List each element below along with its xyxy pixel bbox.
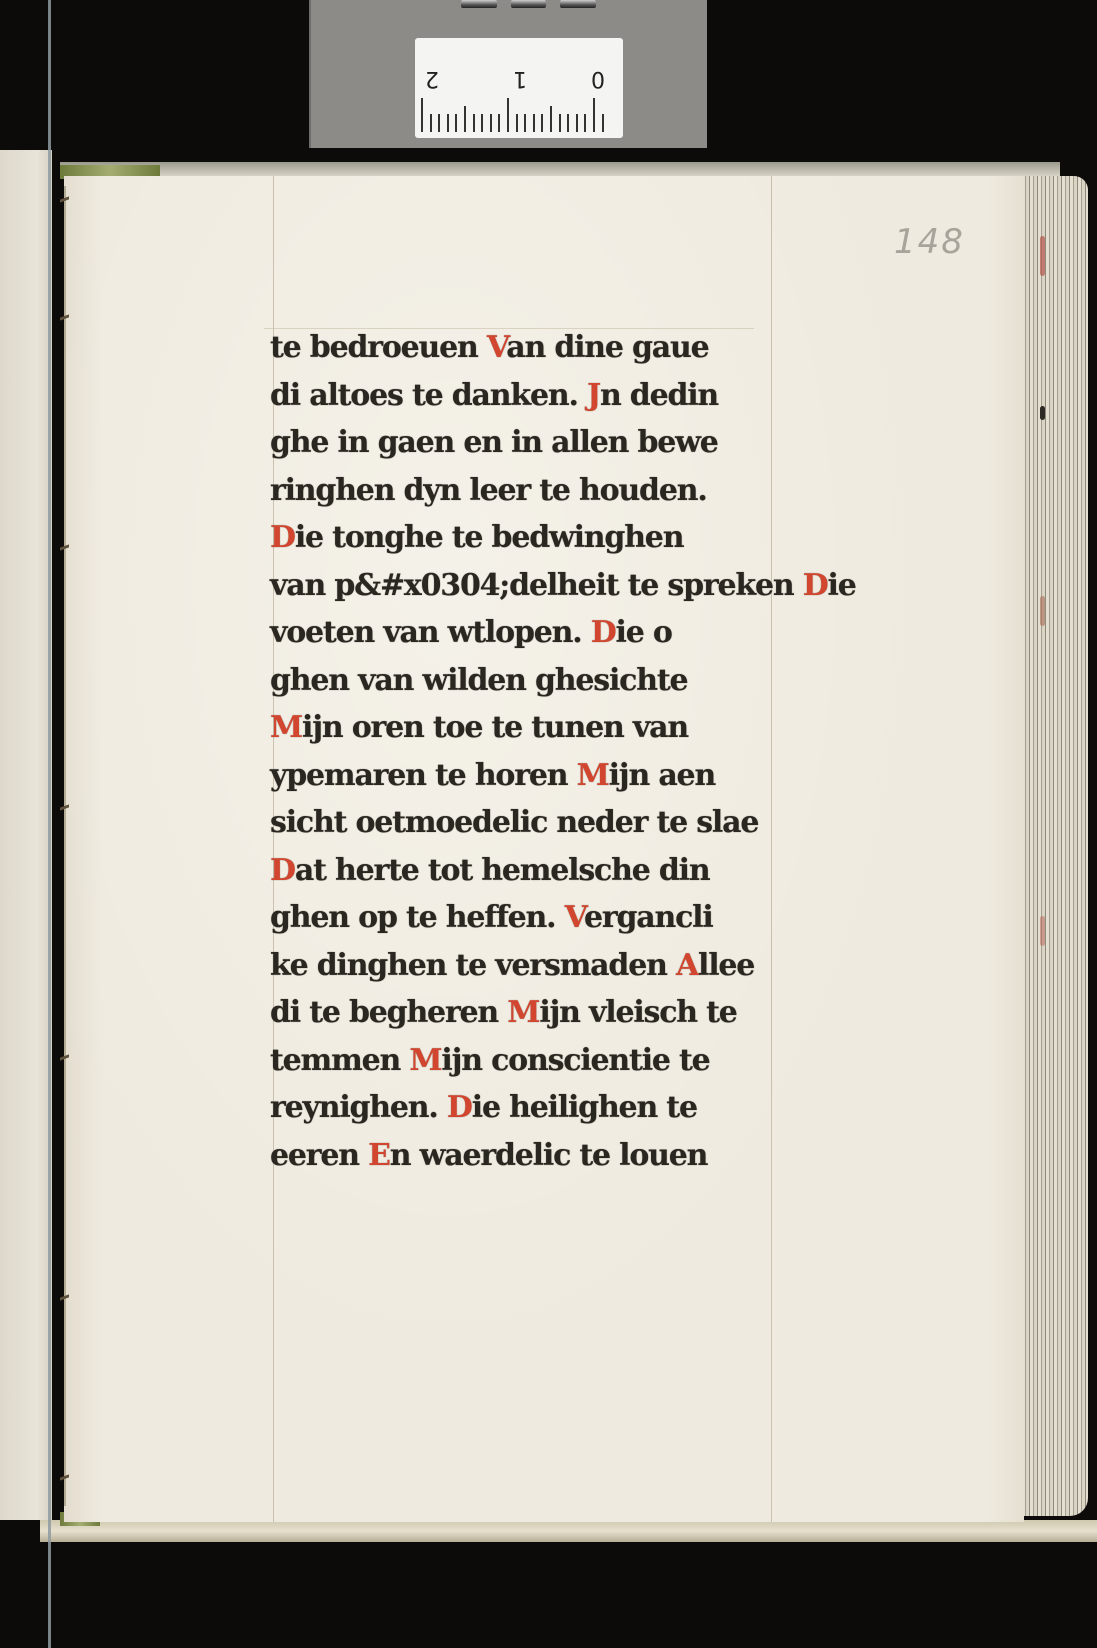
text-segment: ie tonghe te bedwinghen [295,520,683,555]
rubricated-initial: A [676,948,698,983]
gutter-fold [64,186,66,1506]
text-line: van p&#x0304;delheit te spreken Die [270,562,780,610]
clip [461,0,497,8]
book-head-edge [60,162,1060,176]
text-line: Die tonghe te bedwinghen [270,514,780,562]
ruler-tick [602,114,604,132]
text-line: sicht oetmoedelic neder te slae [270,799,780,847]
text-segment: ijn conscientie te [441,1043,709,1078]
text-line: di altoes te danken. Jn dedin [270,372,780,420]
fore-edge-page-stack [1018,176,1088,1516]
ruler-tick [593,98,595,132]
ruler-tick [584,114,586,132]
ruler: 0 1 2 [415,38,623,138]
rubricated-initial: D [270,853,295,888]
rubricated-initial: D [447,1090,472,1125]
text-segment: te bedroeuen [270,330,487,365]
text-segment: ie [828,568,856,603]
ruler-tick [430,114,432,132]
rubricated-initial: D [803,568,828,603]
ruler-tick [516,114,518,132]
text-segment: ijn aen [609,758,715,793]
text-segment: van p&#x0304;delheit te spreken [270,568,803,603]
ruler-tick [533,114,535,132]
text-line: Dat herte tot hemelsche din [270,847,780,895]
rubricated-initial: M [507,995,539,1030]
text-segment: sicht oetmoedelic neder te slae [270,805,758,840]
text-line: temmen Mijn conscientie te [270,1037,780,1085]
text-segment: ypemaren te horen [270,758,577,793]
ruler-tick [490,114,492,132]
rubricated-initial: M [270,710,302,745]
ruler-tick [550,106,552,132]
rubricated-initial: M [409,1043,441,1078]
glass-plate-edge [48,0,51,1648]
text-segment: llee [698,948,754,983]
ruler-number-0: 0 [591,66,605,91]
text-segment: ghe in gaen en in allen bewe [270,425,718,460]
ruler-tick [498,114,500,132]
facing-page-left [0,150,52,1520]
ruler-tick [481,114,483,132]
text-line: voeten van wtlopen. Die o [270,609,780,657]
folio-number: 148 [894,222,965,262]
ruler-tick [455,114,457,132]
text-line: ypemaren te horen Mijn aen [270,752,780,800]
ruler-tick [567,114,569,132]
text-line: di te begheren Mijn vleisch te [270,989,780,1037]
ruler-tick [576,114,578,132]
text-segment: voeten van wtlopen. [270,615,591,650]
fore-edge-red-mark [1040,236,1045,276]
rubricated-initial: V [565,900,584,935]
text-segment: ghen op te heffen. [270,900,565,935]
text-segment: ie o [616,615,672,650]
ruler-number-2: 2 [425,66,439,91]
text-line: eeren En waerdelic te louen [270,1132,780,1180]
text-segment: reynighen. [270,1090,447,1125]
text-segment: ijn vleisch te [539,995,736,1030]
text-line: reynighen. Die heilighen te [270,1084,780,1132]
rubricated-initial: J [587,378,600,413]
text-line: ghen van wilden ghesichte [270,657,780,705]
text-segment: temmen [270,1043,409,1078]
text-line: te bedroeuen Van dine gaue [270,324,780,372]
text-line: ringhen dyn leer te houden. [270,467,780,515]
text-segment: di altoes te danken. [270,378,587,413]
text-line: ke dinghen te versmaden Allee [270,942,780,990]
text-segment: ijn oren toe te tunen van [302,710,688,745]
ruler-tick [447,114,449,132]
color-scale-card: 0 1 2 [309,0,707,148]
rubricated-initial: D [270,520,295,555]
text-segment: an dine gaue [506,330,708,365]
ruler-tick [524,114,526,132]
text-line: ghen op te heffen. Vergancli [270,894,780,942]
rubricated-initial: M [577,758,609,793]
text-segment: ghen van wilden ghesichte [270,663,687,698]
ruler-ticks [421,98,605,132]
clip [560,0,596,8]
text-segment: di te begheren [270,995,507,1030]
ruler-tick [507,98,509,132]
ruler-tick [438,114,440,132]
clip [511,0,547,8]
text-segment: eeren [270,1138,368,1173]
rubricated-initial: V [487,330,506,365]
text-segment: ie heilighen te [472,1090,697,1125]
text-block: te bedroeuen Van dine gauedi altoes te d… [270,324,780,1179]
clamp-clips [461,0,596,10]
rubricated-initial: D [591,615,616,650]
book-tail-edge [40,1520,1097,1542]
fore-edge-red-mark [1040,596,1045,626]
manuscript-page: 148 te bedroeuen Van dine gauedi altoes … [64,176,1024,1522]
fore-edge-ink-mark [1040,406,1045,420]
ruler-tick [464,106,466,132]
text-segment: ringhen dyn leer te houden. [270,473,707,508]
fore-edge-red-mark [1040,916,1045,946]
text-line: Mijn oren toe te tunen van [270,704,780,752]
rubricated-initial: E [368,1138,390,1173]
ruler-tick [541,114,543,132]
ruler-tick [421,98,423,132]
ruler-number-1: 1 [513,66,527,91]
text-segment: n waerdelic te louen [390,1138,708,1173]
ruler-tick [559,114,561,132]
text-segment: at herte tot hemelsche din [295,853,710,888]
text-segment: ergancli [584,900,713,935]
text-segment: n dedin [600,378,718,413]
text-segment: ke dinghen te versmaden [270,948,676,983]
text-line: ghe in gaen en in allen bewe [270,419,780,467]
ruler-tick [473,114,475,132]
